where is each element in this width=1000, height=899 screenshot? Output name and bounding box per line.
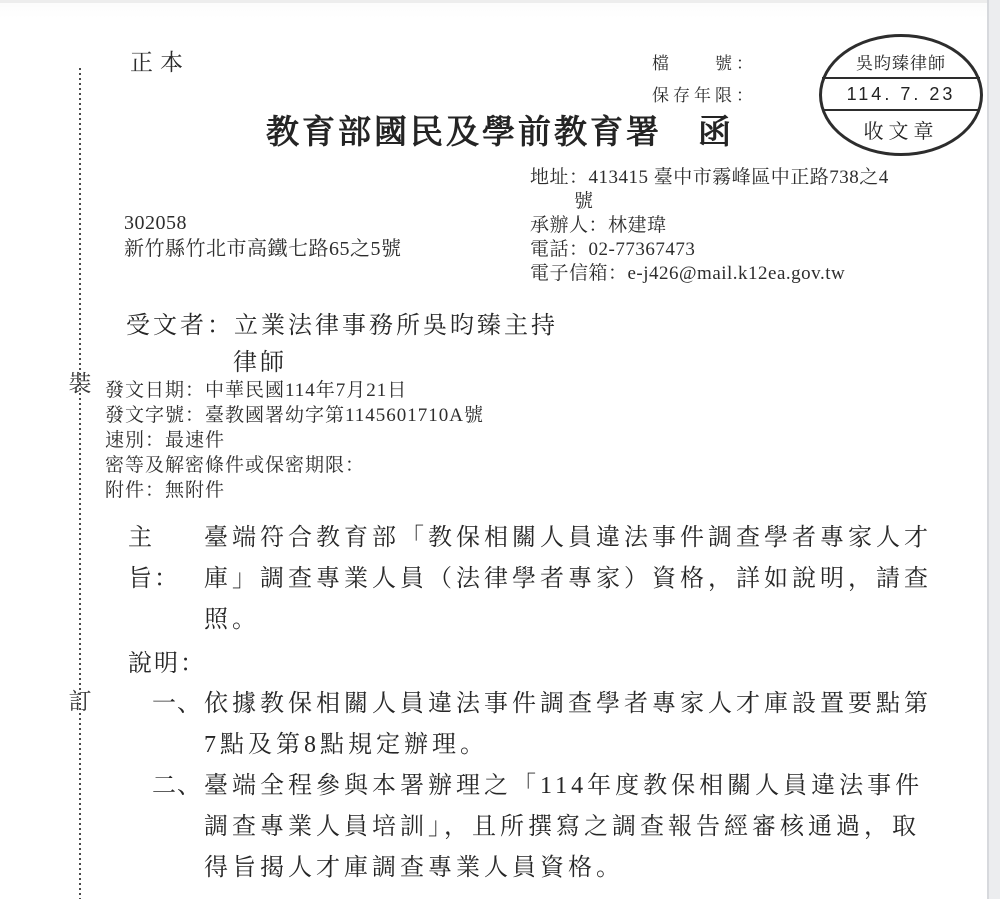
stamp-lawyer-name: 吳昀臻律師 bbox=[822, 37, 980, 79]
meta-speed-class: 速別：最速件 bbox=[105, 428, 484, 453]
sender-address-line1: 地址：413415 臺中市霧峰區中正路738之4 bbox=[530, 166, 889, 190]
recipient-address-block: 302058 新竹縣竹北市高鐵七路65之5號 bbox=[124, 210, 402, 262]
meta-security-class: 密等及解密條件或保密期限： bbox=[105, 453, 484, 478]
item-text: 臺端全程參與本署辦理之「114年度教保相關人員違法事件 調查專業人員培訓」，且所… bbox=[204, 766, 923, 889]
subject-label: 主旨： bbox=[128, 518, 204, 641]
recipient-line2: 律師 bbox=[126, 345, 558, 382]
subject-text: 臺端符合教育部「教保相關人員違法事件調查學者專家人才 庫」調查專業人員（法律學者… bbox=[204, 518, 932, 641]
item-line: 7點及第8點規定辦理。 bbox=[204, 725, 932, 766]
item-number: 二、 bbox=[152, 766, 204, 889]
sender-officer: 承辦人：林建瑋 bbox=[530, 214, 889, 238]
copy-type-label: 正本 bbox=[130, 44, 190, 77]
subject-line: 臺端符合教育部「教保相關人員違法事件調查學者專家人才 bbox=[204, 518, 932, 559]
subject-line: 庫」調查專業人員（法律學者專家）資格，詳如說明，請查 bbox=[204, 559, 932, 600]
subject-line: 照。 bbox=[204, 600, 932, 641]
item-text: 依據教保相關人員違法事件調查學者專家人才庫設置要點第 7點及第8點規定辦理。 bbox=[204, 684, 932, 766]
scanned-official-letter: 裝 訂 正本 檔 號： 保存年限： 吳昀臻律師 114. 7. 23 收文章 教… bbox=[0, 0, 1000, 899]
recipient-street: 新竹縣竹北市高鐵七路65之5號 bbox=[124, 236, 402, 262]
binding-mark-top: 裝 bbox=[69, 372, 92, 395]
recipient-line1: 受文者：立業法律事務所吳昀臻主持 bbox=[126, 308, 558, 345]
binding-dotted-line bbox=[79, 68, 81, 899]
document-meta-block: 發文日期：中華民國114年7月21日 發文字號：臺教國署幼字第114560171… bbox=[105, 378, 484, 503]
subject-section: 主旨： 臺端符合教育部「教保相關人員違法事件調查學者專家人才 庫」調查專業人員（… bbox=[128, 518, 932, 641]
meta-issue-date: 發文日期：中華民國114年7月21日 bbox=[105, 378, 484, 403]
item-line: 依據教保相關人員違法事件調查學者專家人才庫設置要點第 bbox=[204, 684, 932, 725]
item-line: 調查專業人員培訓」，且所撰寫之調查報告經審核通過，取 bbox=[204, 807, 923, 848]
file-number-block: 檔 號： 保存年限： bbox=[652, 48, 757, 112]
sender-email: 電子信箱：e-j426@mail.k12ea.gov.tw bbox=[530, 262, 889, 286]
explanation-label: 說明： bbox=[128, 644, 206, 685]
page-top-edge bbox=[0, 0, 1000, 3]
document-title: 教育部國民及學前教育署 函 bbox=[0, 106, 1000, 153]
item-line: 臺端全程參與本署辦理之「114年度教保相關人員違法事件 bbox=[204, 766, 923, 807]
sender-phone: 電話：02-77367473 bbox=[530, 238, 889, 262]
item-number: 一、 bbox=[152, 684, 204, 766]
sender-info-block: 地址：413415 臺中市霧峰區中正路738之4 號 承辦人：林建瑋 電話：02… bbox=[530, 166, 889, 286]
explanation-item-1: 一、 依據教保相關人員違法事件調查學者專家人才庫設置要點第 7點及第8點規定辦理… bbox=[152, 684, 932, 766]
recipient-line-block: 受文者：立業法律事務所吳昀臻主持 律師 bbox=[126, 308, 558, 382]
meta-attachment: 附件：無附件 bbox=[105, 478, 484, 503]
page-right-edge bbox=[987, 0, 1000, 899]
binding-mark-bottom: 訂 bbox=[69, 690, 92, 713]
recipient-zip: 302058 bbox=[124, 210, 402, 236]
item-line: 得旨揭人才庫調查專業人員資格。 bbox=[204, 848, 923, 889]
explanation-item-2: 二、 臺端全程參與本署辦理之「114年度教保相關人員違法事件 調查專業人員培訓」… bbox=[152, 766, 923, 889]
file-number-label: 檔 號： bbox=[652, 48, 757, 80]
sender-address-line2: 號 bbox=[530, 190, 889, 214]
meta-doc-number: 發文字號：臺教國署幼字第1145601710A號 bbox=[105, 403, 484, 428]
